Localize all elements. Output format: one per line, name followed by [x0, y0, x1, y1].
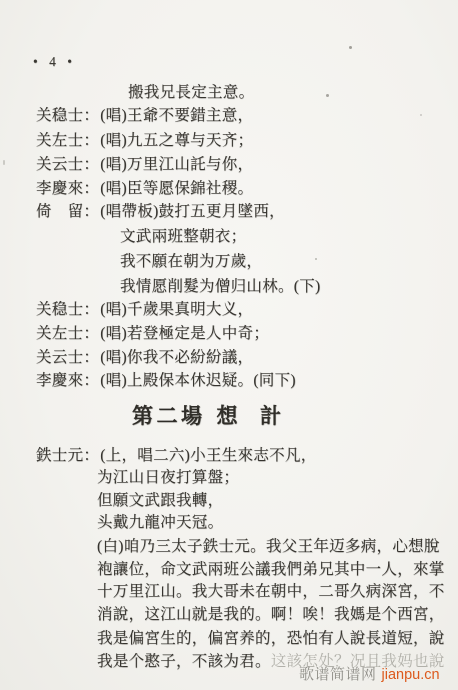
dialogue-text: (唱)九五之尊与天齐；	[100, 132, 253, 149]
speaker-name: 李慶來：	[36, 180, 99, 197]
lyric-line: 我情愿削髮为僧归山林。(下)	[120, 277, 321, 297]
speaker-name: 关云士：	[36, 156, 99, 173]
monologue-text: 我是个憨子，不該为君。	[97, 653, 271, 670]
monologue-line: 十万里江山。我大哥未在朝中，二哥久病深宮，不	[97, 582, 445, 602]
speaker-name: 倚 留：	[36, 203, 99, 220]
dialogue-text: (唱)万里江山託与你，	[100, 156, 253, 173]
lyric-line: 文武兩班整朝衣；	[120, 227, 246, 247]
watermark-site-url: jianpu.cn	[382, 667, 440, 683]
dialogue-line: 倚 留：(唱帶板)鼓打五更月墜西，	[36, 202, 285, 222]
speaker-name: 鉄士元：	[36, 447, 99, 464]
watermark-site-name: 歌谱简谱网	[299, 667, 377, 683]
lyric-line: 为江山日夜打算盤；	[97, 468, 239, 488]
monologue-line: (白)咱乃三太子鉄士元。我父王年迈多病，心想脫	[97, 537, 440, 557]
dialogue-line: 关左士：(唱)若登極定是人中奇；	[36, 324, 269, 344]
lyric-continuation-line: 搬我兄長定主意。	[128, 83, 254, 103]
dialogue-text: (唱帶板)鼓打五更月墜西，	[100, 203, 285, 220]
dialogue-text: (上，唱二六)小王生來志不凡，	[100, 447, 316, 464]
print-speck	[315, 258, 317, 260]
dialogue-line: 鉄士元：(上，唱二六)小王生來志不凡，	[36, 446, 317, 466]
print-speck	[420, 114, 422, 116]
print-speck	[326, 94, 329, 97]
dialogue-line: 关云士：(唱)万里江山託与你，	[36, 155, 253, 175]
scene-heading: 第二場 想 計	[132, 400, 285, 430]
dialogue-line: 关稳士：(唱)王爺不要錯主意，	[36, 106, 253, 126]
monologue-line: 消說，这江山就是我的。啊！唉！我媽是个西宮，	[97, 605, 445, 625]
lyric-line: 头戴九龍冲天冠。	[97, 513, 223, 533]
dialogue-line: 关左士：(唱)九五之尊与天齐；	[36, 131, 253, 151]
watermark: 歌谱简谱网jianpu.cn	[299, 663, 440, 684]
print-speck	[3, 160, 5, 165]
dialogue-text: (唱)你我不必紛紛議，	[100, 349, 253, 366]
scene-title-word: 想	[217, 400, 242, 430]
speaker-name: 关云士：	[36, 349, 99, 366]
dialogue-text: (唱)上殿保本休迟疑。(同下)	[100, 372, 296, 389]
speaker-name: 李慶來：	[36, 372, 99, 389]
dialogue-text: (唱)千歲果真明大义，	[100, 301, 253, 318]
dialogue-text: (唱)臣等愿保錦社稷。	[100, 180, 253, 197]
scene-title-word: 計	[260, 400, 285, 430]
speaker-name: 关左士：	[36, 325, 99, 342]
dialogue-line: 关云士：(唱)你我不必紛紛議，	[36, 348, 253, 368]
lyric-line: 我不願在朝为万歲，	[120, 252, 262, 272]
print-speck	[349, 46, 352, 49]
dialogue-text: (唱)王爺不要錯主意，	[100, 107, 253, 124]
speaker-name: 关稳士：	[36, 301, 99, 318]
dialogue-text: (唱)若登極定是人中奇；	[100, 325, 269, 342]
dialogue-line: 关稳士：(唱)千歲果真明大义，	[36, 300, 253, 320]
monologue-line: 我是偏宮生的，偏宮养的，恐怕有人說長道短，說	[97, 629, 445, 649]
monologue-line: 袍讓位，命文武兩班公議我們弟兄其中一人，來掌	[97, 560, 445, 580]
scanned-script-page: • 4 • 搬我兄長定主意。 关稳士：(唱)王爺不要錯主意， 关左士：(唱)九五…	[0, 0, 458, 690]
speaker-name: 关左士：	[36, 132, 99, 149]
scene-number: 第二場	[132, 400, 206, 430]
page-number: • 4 •	[33, 54, 76, 70]
speaker-name: 关稳士：	[36, 107, 99, 124]
lyric-line: 但願文武跟我轉，	[97, 491, 223, 511]
dialogue-line: 李慶來：(唱)上殿保本休迟疑。(同下)	[36, 371, 296, 391]
dialogue-line: 李慶來：(唱)臣等愿保錦社稷。	[36, 179, 253, 199]
